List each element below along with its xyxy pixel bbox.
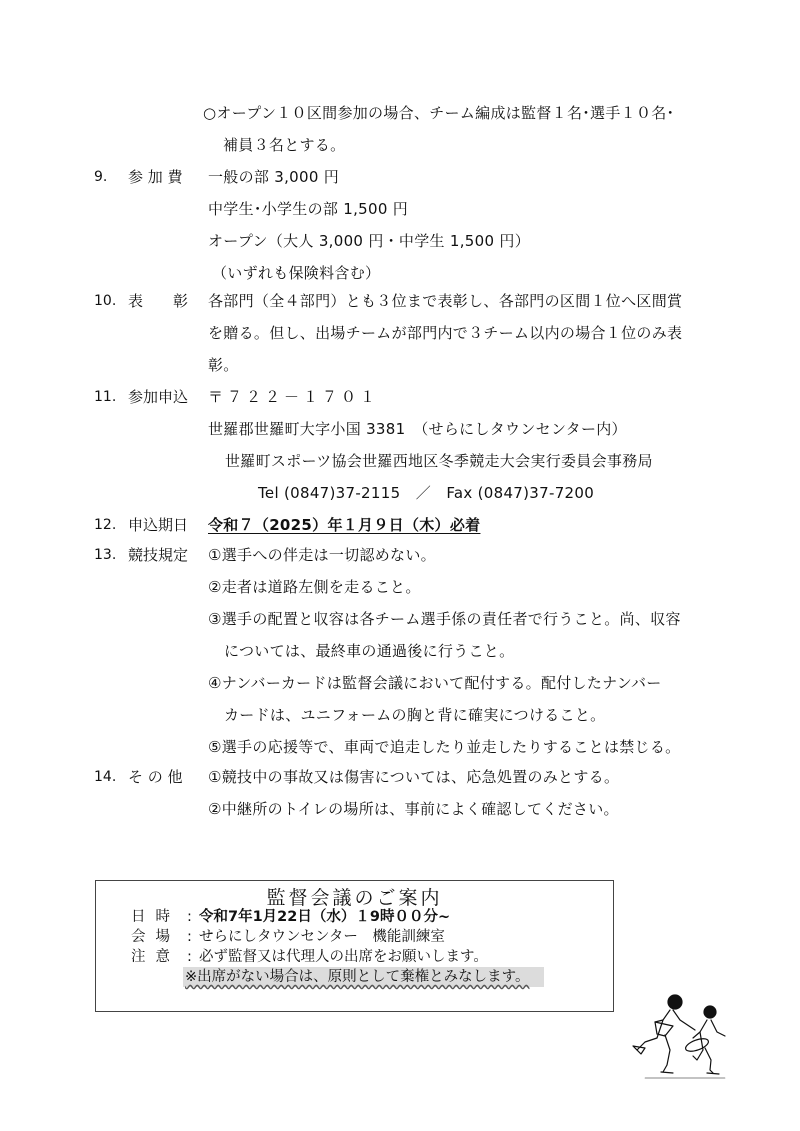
section-number: 12. [94,515,116,535]
rule-2: ②走者は道路左側を走ること。 [208,577,421,597]
other-1: ①競技中の事故又は傷害については、応急処置のみとする。 [208,767,619,787]
rule-3-line-2: については、最終車の通過後に行うこと。 [224,641,514,661]
meeting-notice-row: 注意:必ず監督又は代理人の出席をお願いします。 [131,947,488,967]
organizer-office: 世羅町スポーツ協会世羅西地区冬季競走大会実行委員会事務局 [225,451,653,471]
meeting-venue: せらにしタウンセンター 機能訓練室 [199,929,445,945]
row-key: 会場 [131,927,187,947]
section-title: 競技規定 [128,545,188,565]
meeting-venue-row: 会場:せらにしタウンセンター 機能訓練室 [131,927,445,947]
other-2: ②中継所のトイレの場所は、事前によく確認してください。 [208,799,619,819]
fee-students: 中学生･小学生の部 1,500 円 [208,199,408,219]
section-title: 申込期日 [128,515,188,535]
section-number: 14. [94,767,116,787]
row-key: 注意 [131,947,187,967]
open-team-rule-line-1: ○オープン１０区間参加の場合、チーム編成は監督１名･選手１０名･ [203,103,674,123]
fee-general: 一般の部 3,000 円 [208,167,339,187]
section-number: 9. [94,167,107,187]
section-number: 11. [94,387,116,407]
tel-fax: Tel (0847)37-2115 ／ Fax (0847)37-7200 [258,483,594,503]
meeting-datetime-row: 日時:令和7年1月22日（水）１9時００分~ [131,907,450,927]
section-title: 参加申込 [128,387,188,407]
row-separator: : [187,907,199,927]
absence-warning: ※出席がない場合は、原則として棄権とみなします。 [183,967,544,987]
manager-meeting-box: 監督会議のご案内 日時:令和7年1月22日（水）１9時００分~ 会場:せらにしタ… [95,880,614,1012]
rule-4-line-2: カードは、ユニフォームの胸と背に確実につけること。 [224,705,605,725]
meeting-notice: 必ず監督又は代理人の出席をお願いします。 [199,949,488,965]
fee-insurance-note: （いずれも保険料含む） [212,263,380,283]
rule-4-line-1: ④ナンバーカードは監督会議において配付する。配付したナンバー [208,673,662,693]
section-title: 表 彰 [128,291,188,311]
rule-5: ⑤選手の応援等で、車両で追走したり並走したりすることは禁じる。 [208,737,680,757]
postal-code: 〒７２２－１７０１ [208,387,379,407]
meeting-datetime: 令和7年1月22日（水）１9時００分~ [199,909,450,925]
deadline-date: 令和７（2025）年１月９日（木）必着 [208,515,480,535]
awards-text-3: 彰。 [208,355,239,375]
row-key: 日時 [131,907,187,927]
row-separator: : [187,947,199,967]
section-number: 10. [94,291,116,311]
rule-3-line-1: ③選手の配置と収容は各チーム選手係の責任者で行うこと。尚、収容 [208,609,681,629]
section-number: 13. [94,545,116,565]
row-separator: : [187,927,199,947]
address: 世羅郡世羅町大字小国 3381 （せらにしタウンセンター内） [208,419,627,439]
awards-text-1: 各部門（全４部門）とも３位まで表彰し、各部門の区間１位へ区間賞 [208,291,682,311]
awards-text-2: を贈る。但し、出場チームが部門内で３チーム以内の場合１位のみ表 [208,323,682,343]
meeting-box-title: 監督会議のご案内 [96,883,613,910]
section-title: そ の 他 [128,767,183,787]
open-team-rule-line-2: 補員３名とする。 [223,135,345,155]
fee-open: オープン（大人 3,000 円・中学生 1,500 円） [208,231,530,251]
relay-runners-illustration [625,990,745,1085]
rule-1: ①選手への伴走は一切認めない。 [208,545,436,565]
section-title: 参 加 費 [128,167,183,187]
